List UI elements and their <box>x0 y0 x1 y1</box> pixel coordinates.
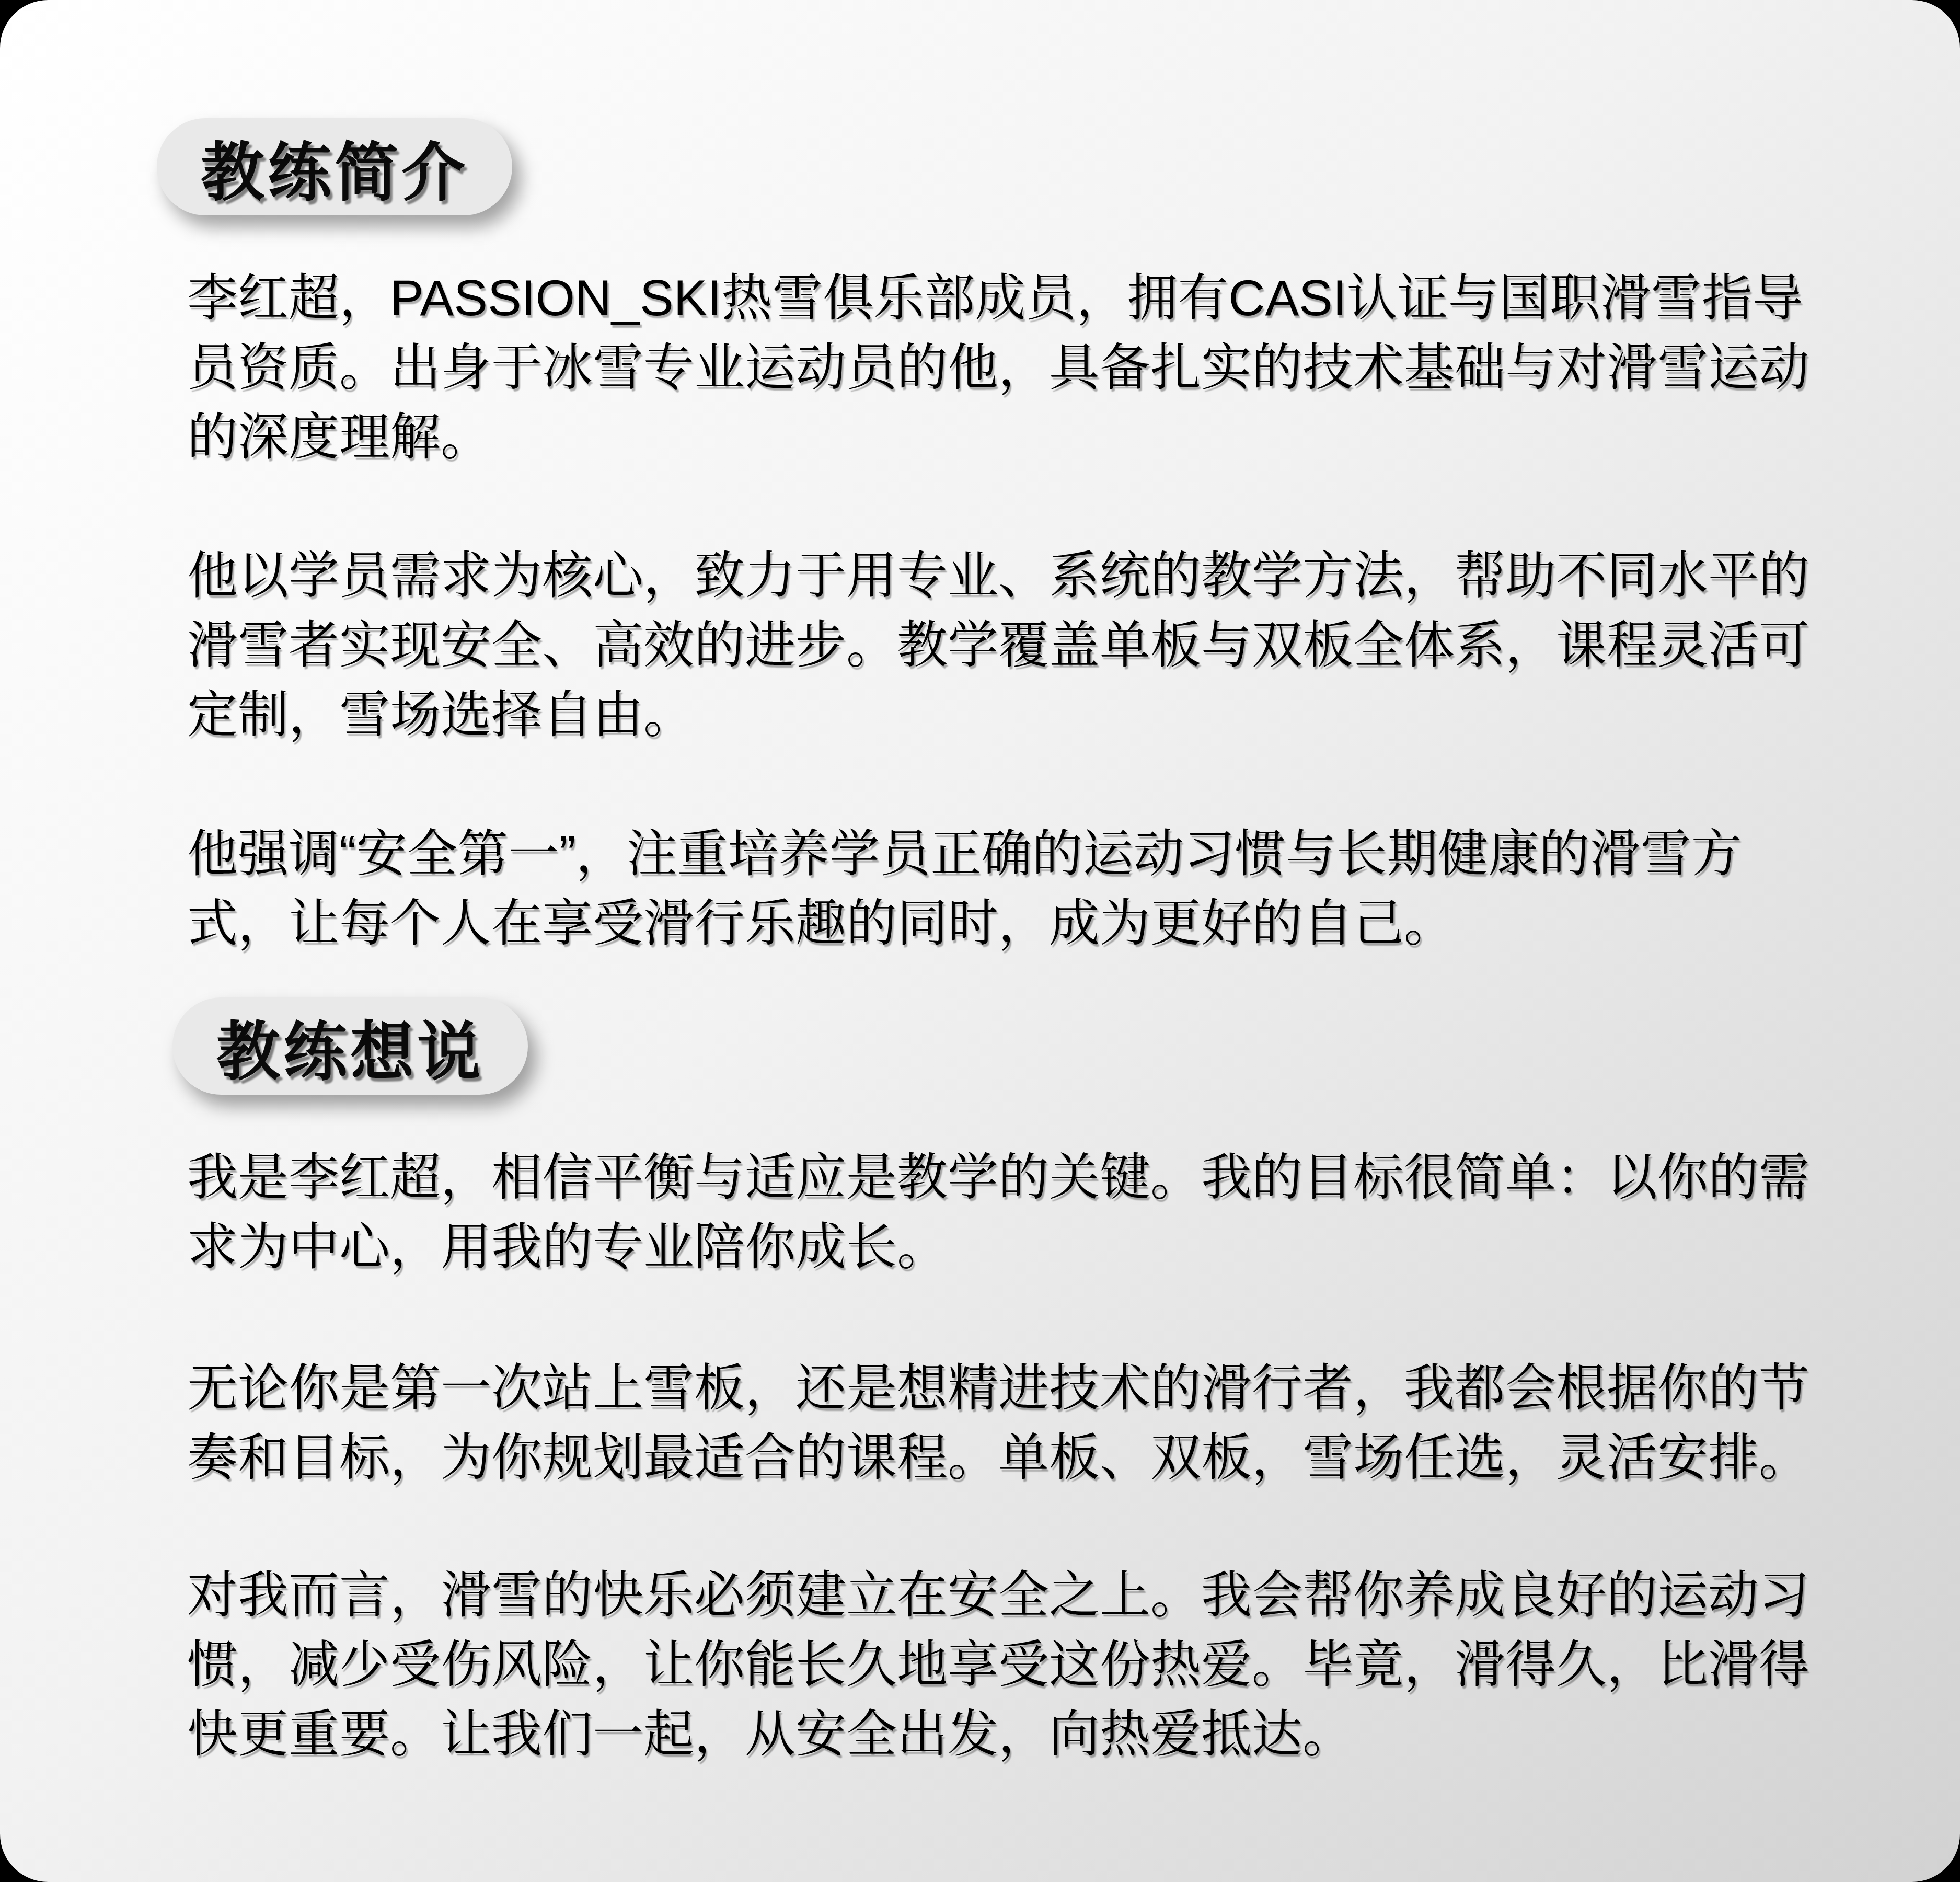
coach-intro-paragraph-1: 李红超，PASSION_SKI热雪俱乐部成员，拥有CASI认证与国职滑雪指导 员… <box>187 263 1813 472</box>
coach-profile-card: 教练简介 李红超，PASSION_SKI热雪俱乐部成员，拥有CASI认证与国职滑… <box>0 0 1960 1882</box>
coach-say-paragraph-3: 对我而言，滑雪的快乐必须建立在安全之上。我会帮你养成良好的运动习 惯，减少受伤风… <box>187 1560 1813 1769</box>
coach-intro-paragraph-2: 他以学员需求为核心，致力于用专业、系统的教学方法，帮助不同水平的 滑雪者实现安全… <box>187 541 1813 749</box>
coach-say-badge: 教练想说 <box>172 997 528 1095</box>
coach-say-paragraph-1: 我是李红超，相信平衡与适应是教学的关键。我的目标很简单：以你的需 求为中心，用我… <box>187 1142 1813 1281</box>
coach-say-paragraph-2: 无论你是第一次站上雪板，还是想精进技术的滑行者，我都会根据你的节 奏和目标，为你… <box>187 1353 1813 1492</box>
coach-intro-paragraph-3: 他强调“安全第一”，注重培养学员正确的运动习惯与长期健康的滑雪方 式，让每个人在… <box>187 819 1813 958</box>
coach-intro-badge: 教练简介 <box>157 118 512 215</box>
